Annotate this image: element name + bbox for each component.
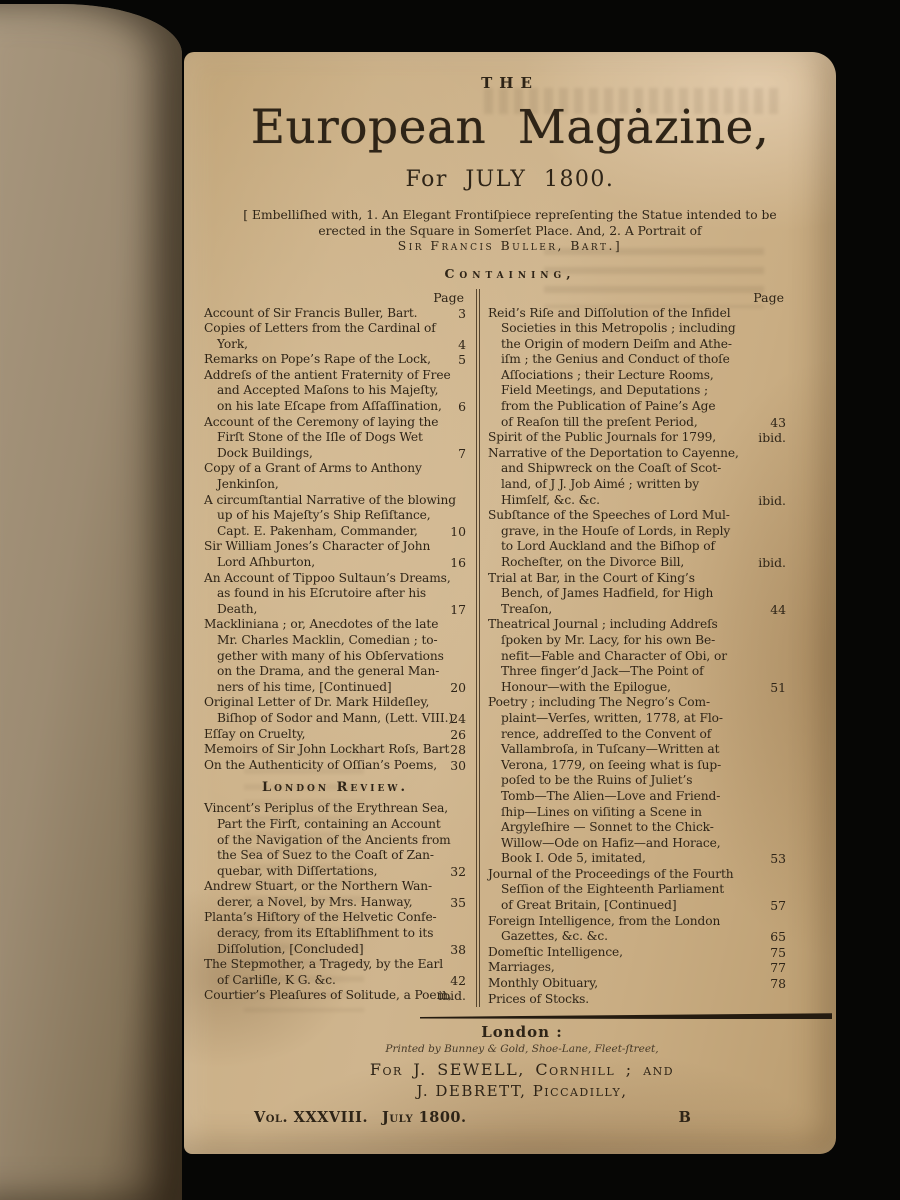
toc-page-number: 5	[454, 352, 466, 368]
toc-entry: On the Authenticity of Oſſian’s Poems,30	[204, 758, 466, 774]
toc-entry: Domeſtic Intelligence,75	[488, 945, 786, 961]
toc-page-number: 3	[454, 306, 466, 322]
toc-line: Remarks on Pope’s Rape of the Lock,	[204, 352, 466, 368]
toc-line: Addreſs of the antient Fraternity of Fre…	[204, 368, 466, 384]
ink-spot	[636, 108, 641, 113]
page-column-header: Page	[204, 289, 466, 306]
volume-line: Vol. XXXVIII. July 1800. B	[254, 1109, 836, 1126]
toc-page-number: 7	[454, 446, 466, 462]
toc-line: derer, a Novel, by Mrs. Hanway,	[204, 895, 466, 911]
catchword: B	[679, 1109, 692, 1126]
toc-line: up of his Majeſty’s Ship Reſiſtance,	[204, 508, 466, 524]
toc-line: Vincent’s Periplus of the Erythrean Sea,	[204, 801, 466, 817]
toc-entry: Mackliniana ; or, Anecdotes of the lateM…	[204, 617, 466, 695]
toc-entry: Copies of Letters from the Cardinal ofYo…	[204, 321, 466, 352]
toc-line: the Sea of Suez to the Coaſt of Zan-	[204, 848, 466, 864]
imprint-printer: Printed by Bunney & Gold, Shoe-Lane, Fle…	[208, 1043, 836, 1055]
toc-line: Mr. Charles Macklin, Comedian ; to-	[204, 633, 466, 649]
toc-line: deracy, from its Eſtabliſhment to its	[204, 926, 466, 942]
toc-page-number: 44	[766, 602, 786, 618]
toc-entry: An Account of Tippoo Sultaun’s Dreams,as…	[204, 571, 466, 618]
toc-line: Planta’s Hiſtory of the Helvetic Confe-	[204, 910, 466, 926]
facing-page	[0, 4, 182, 1200]
toc-line: to Lord Auckland and the Biſhop of	[488, 539, 786, 555]
toc-entry: Addreſs of the antient Fraternity of Fre…	[204, 368, 466, 415]
toc-line: Rocheſter, on the Divorce Bill,	[488, 555, 786, 571]
toc-line: Lord Aſhburton,	[204, 555, 466, 571]
toc-page-number: 24	[446, 711, 466, 727]
toc-line: Theatrical Journal ; including Addreſs	[488, 617, 786, 633]
toc-entry: The Stepmother, a Tragedy, by the Earlof…	[204, 957, 466, 988]
toc-page-number: 38	[446, 942, 466, 958]
toc-entry: Andrew Stuart, or the Northern Wan-derer…	[204, 879, 466, 910]
toc-line: An Account of Tippoo Sultaun’s Dreams,	[204, 571, 466, 587]
issue-date: For JULY 1800.	[184, 167, 836, 192]
toc-line: the Origin of modern Deiſm and Athe-	[488, 337, 786, 353]
toc-line: Dock Buildings,	[204, 446, 466, 462]
toc-column-right-body: Reid’s Riſe and Diſſolution of the Infid…	[488, 306, 786, 1008]
toc-line: On the Authenticity of Oſſian’s Poems,	[204, 758, 466, 774]
toc-entry: Vincent’s Periplus of the Erythrean Sea,…	[204, 801, 466, 879]
toc-entry: Planta’s Hiſtory of the Helvetic Confe-d…	[204, 910, 466, 957]
toc-entry: Memoirs of Sir John Lockhart Roſs, Bart2…	[204, 742, 466, 758]
toc-line: The Stepmother, a Tragedy, by the Earl	[204, 957, 466, 973]
toc-column-left: Page Account of Sir Francis Buller, Bart…	[204, 289, 466, 1008]
toc-line: Reid’s Riſe and Diſſolution of the Infid…	[488, 306, 786, 322]
toc-line: Copies of Letters from the Cardinal of	[204, 321, 466, 337]
toc-line: quebar, with Diſſertations,	[204, 864, 466, 880]
toc-line: Trial at Bar, in the Court of King’s	[488, 571, 786, 587]
toc-line: Memoirs of Sir John Lockhart Roſs, Bart	[204, 742, 466, 758]
toc-entry: Copy of a Grant of Arms to AnthonyJenkin…	[204, 461, 466, 492]
masthead-the: THE	[184, 74, 836, 92]
toc-page-number: 10	[446, 524, 466, 540]
toc-line: Field Meetings, and Deputations ;	[488, 383, 786, 399]
toc-line: Monthly Obituary,	[488, 976, 786, 992]
toc-page-number: ibid.	[754, 430, 786, 446]
toc-line: Mackliniana ; or, Anecdotes of the late	[204, 617, 466, 633]
toc-line: Poetry ; including The Negro’s Com-	[488, 695, 786, 711]
toc-entry: Courtier’s Pleaſures of Solitude, a Poem…	[204, 988, 466, 1004]
toc-page-number: 77	[766, 960, 786, 976]
toc-entry: Narrative of the Deportation to Cayenne,…	[488, 446, 786, 508]
toc-entry: Spirit of the Public Journals for 1799,i…	[488, 430, 786, 446]
toc-line: Spirit of the Public Journals for 1799,	[488, 430, 786, 446]
toc-page-number: 20	[446, 680, 466, 696]
toc-line: iſm ; the Genius and Conduct of thoſe	[488, 352, 786, 368]
toc-column-right: Page Reid’s Riſe and Diſſolution of the …	[488, 289, 786, 1008]
toc-line: Subſtance of the Speeches of Lord Mul-	[488, 508, 786, 524]
toc-line: ners of his time, [Continued]	[204, 680, 466, 696]
toc-page-number: 4	[454, 337, 466, 353]
toc-page-number: 78	[766, 976, 786, 992]
embellishment-line: [ Embelliſhed with, 1. An Elegant Fronti…	[220, 208, 800, 224]
toc-entry: Eſſay on Cruelty,26	[204, 727, 466, 743]
imprint-city: London :	[208, 1023, 836, 1041]
toc-line: Diſſolution, [Concluded]	[204, 942, 466, 958]
toc-line: poſed to be the Ruins of Juliet’s	[488, 773, 786, 789]
toc-line: Capt. E. Pakenham, Commander,	[204, 524, 466, 540]
toc-line: as found in his Eſcrutoire after his	[204, 586, 466, 602]
toc-line: Sir William Jones’s Character of John	[204, 539, 466, 555]
toc-line: Account of Sir Francis Buller, Bart.	[204, 306, 466, 322]
table-of-contents: Page Account of Sir Francis Buller, Bart…	[204, 289, 836, 1008]
toc-page-number: 16	[446, 555, 466, 571]
toc-page-number: ibid.	[754, 555, 786, 571]
toc-section-heading: London Review.	[204, 780, 466, 795]
toc-line: A circumſtantial Narrative of the blowin…	[204, 493, 466, 509]
toc-line: Original Letter of Dr. Mark Hildeſley,	[204, 695, 466, 711]
toc-line: Foreign Intelligence, from the London	[488, 914, 786, 930]
toc-line: Eſſay on Cruelty,	[204, 727, 466, 743]
toc-line: Marriages,	[488, 960, 786, 976]
toc-page-number: 26	[446, 727, 466, 743]
toc-line: and Shipwreck on the Coaſt of Scot-	[488, 461, 786, 477]
toc-entry: A circumſtantial Narrative of the blowin…	[204, 493, 466, 540]
toc-page-number: 35	[446, 895, 466, 911]
toc-line: Domeſtic Intelligence,	[488, 945, 786, 961]
toc-line: on his late Eſcape from Aſſaſſination,	[204, 399, 466, 415]
embellishment-line: Sir Francis Buller, Bart.]	[220, 239, 800, 255]
toc-line: Himſelf, &c. &c.	[488, 493, 786, 509]
toc-line: Book I. Ode 5, imitated,	[488, 851, 786, 867]
volume-issue-date: July 1800.	[382, 1109, 467, 1126]
toc-line: Part the Firſt, containing an Account	[204, 817, 466, 833]
toc-line: gether with many of his Obſervations	[204, 649, 466, 665]
toc-line: Courtier’s Pleaſures of Solitude, a Poem…	[204, 988, 466, 1004]
toc-page-number: 17	[446, 602, 466, 618]
toc-page-number: ibid.	[434, 988, 466, 1004]
toc-line: Biſhop of Sodor and Mann, (Lett. VIII.)	[204, 711, 466, 727]
toc-entry: Foreign Intelligence, from the LondonGaz…	[488, 914, 786, 945]
toc-line: Seſſion of the Eighteenth Parliament	[488, 882, 786, 898]
toc-line: Bench, of James Hadfield, for High	[488, 586, 786, 602]
containing-heading: Containing,	[184, 266, 836, 281]
toc-line: Aſſociations ; their Lecture Rooms,	[488, 368, 786, 384]
toc-page-number: ibid.	[754, 493, 786, 509]
toc-line: ſpoken by Mr. Lacy, for his own Be-	[488, 633, 786, 649]
toc-line: Tomb—The Alien—Love and Friend-	[488, 789, 786, 805]
toc-line: Journal of the Proceedings of the Fourth	[488, 867, 786, 883]
toc-entry: Reid’s Riſe and Diſſolution of the Infid…	[488, 306, 786, 431]
toc-line: Prices of Stocks.	[488, 992, 786, 1008]
toc-line: and Accepted Maſons to his Majeſty,	[204, 383, 466, 399]
toc-line: York,	[204, 337, 466, 353]
toc-line: Narrative of the Deportation to Cayenne,	[488, 446, 786, 462]
toc-line: of Reaſon till the preſent Period,	[488, 415, 786, 431]
toc-line: Copy of a Grant of Arms to Anthony	[204, 461, 466, 477]
toc-entry: Journal of the Proceedings of the Fourth…	[488, 867, 786, 914]
toc-line: Honour—with the Epilogue,	[488, 680, 786, 696]
embellishment-line: erected in the Square in Somerſet Place.…	[220, 224, 800, 240]
book-photo: THE European Magazine, For JULY 1800. [ …	[0, 0, 900, 1200]
toc-entry: Theatrical Journal ; including Addreſsſp…	[488, 617, 786, 695]
toc-line: ſhip—Lines on viſiting a Scene in	[488, 805, 786, 821]
volume-number: Vol. XXXVIII.	[254, 1109, 368, 1126]
toc-entry: Subſtance of the Speeches of Lord Mul-gr…	[488, 508, 786, 570]
toc-line: Firſt Stone of the Iſle of Dogs Wet	[204, 430, 466, 446]
toc-line: from the Publication of Paine’s Age	[488, 399, 786, 415]
toc-line: Societies in this Metropolis ; including	[488, 321, 786, 337]
toc-line: of the Navigation of the Ancients from	[204, 833, 466, 849]
toc-line: Gazettes, &c. &c.	[488, 929, 786, 945]
toc-line: Verona, 1779, on ſeeing what is ſup-	[488, 758, 786, 774]
toc-page-number: 51	[766, 680, 786, 696]
magazine-title: European Magazine,	[184, 98, 836, 158]
toc-entry: Marriages,77	[488, 960, 786, 976]
toc-entry: Sir William Jones’s Character of JohnLor…	[204, 539, 466, 570]
toc-line: Andrew Stuart, or the Northern Wan-	[204, 879, 466, 895]
toc-entry: Monthly Obituary,78	[488, 976, 786, 992]
toc-page-number: 65	[766, 929, 786, 945]
toc-line: Treaſon,	[488, 602, 786, 618]
toc-page-number: 43	[766, 415, 786, 431]
toc-page-number: 6	[454, 399, 466, 415]
toc-entry: Trial at Bar, in the Court of King’sBenc…	[488, 571, 786, 618]
toc-entry: Original Letter of Dr. Mark Hildeſley,Bi…	[204, 695, 466, 726]
imprint-publisher-2: J. DEBRETT, Piccadilly,	[208, 1082, 836, 1100]
toc-entry: Account of the Ceremony of laying theFir…	[204, 415, 466, 462]
toc-line: land, of J J. Job Aimé ; written by	[488, 477, 786, 493]
toc-line: Argyleſhire — Sonnet to the Chick-	[488, 820, 786, 836]
imprint: London : Printed by Bunney & Gold, Shoe-…	[184, 1023, 836, 1100]
title-page: THE European Magazine, For JULY 1800. [ …	[184, 52, 836, 1154]
toc-page-number: 57	[766, 898, 786, 914]
toc-page-number: 42	[446, 973, 466, 989]
toc-line: Jenkinſon,	[204, 477, 466, 493]
page-column-header: Page	[488, 289, 786, 306]
toc-entry: Account of Sir Francis Buller, Bart.3	[204, 306, 466, 322]
toc-line: Willow—Ode on Hafiz—and Horace,	[488, 836, 786, 852]
toc-page-number: 75	[766, 945, 786, 961]
toc-line: Account of the Ceremony of laying the	[204, 415, 466, 431]
toc-line: Vallambroſa, in Tuſcany—Written at	[488, 742, 786, 758]
toc-line: Death,	[204, 602, 466, 618]
toc-line: rence, addreſſed to the Convent of	[488, 727, 786, 743]
toc-entry: Remarks on Pope’s Rape of the Lock,5	[204, 352, 466, 368]
toc-line: plaint—Verſes, written, 1778, at Flo-	[488, 711, 786, 727]
toc-column-left-body: Account of Sir Francis Buller, Bart.3Cop…	[204, 306, 466, 1005]
column-divider-rule	[476, 289, 480, 1008]
tapered-rule	[420, 1013, 832, 1019]
toc-page-number: 30	[446, 758, 466, 774]
toc-line: nefit—Fable and Character of Obi, or	[488, 649, 786, 665]
toc-entry: Prices of Stocks.	[488, 992, 786, 1008]
embellishment-note: [ Embelliſhed with, 1. An Elegant Fronti…	[220, 208, 800, 255]
toc-line: grave, in the Houſe of Lords, in Reply	[488, 524, 786, 540]
toc-page-number: 28	[446, 742, 466, 758]
toc-entry: Poetry ; including The Negro’s Com-plain…	[488, 695, 786, 867]
imprint-publisher-1: For J. SEWELL, Cornhill ; and	[208, 1060, 836, 1079]
toc-line: Three finger’d Jack—The Point of	[488, 664, 786, 680]
toc-line: on the Drama, and the general Man-	[204, 664, 466, 680]
toc-line: of Great Britain, [Continued]	[488, 898, 786, 914]
toc-page-number: 53	[766, 851, 786, 867]
toc-line: of Carliſle, K G. &c.	[204, 973, 466, 989]
toc-page-number: 32	[446, 864, 466, 880]
